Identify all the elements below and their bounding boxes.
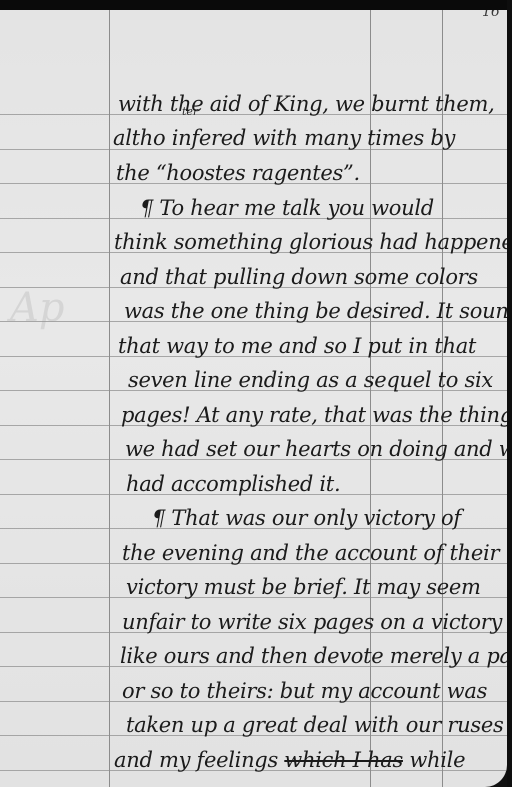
paragraph-line: ¶ To hear me talk you would [140, 198, 434, 219]
line-text: and my feelings [114, 748, 284, 772]
handwritten-line: the evening and the account of their [122, 543, 499, 564]
handwritten-line: pages! At any rate, that was the thing [121, 405, 507, 426]
handwritten-line: with the aid of King, we burnt them, [118, 94, 494, 115]
margin-bleed-through-mark: Ap [10, 285, 65, 331]
handwritten-line: was the one thing be desired. It sounded [124, 301, 507, 322]
scan-right-border [507, 0, 512, 787]
handwritten-line: seven line ending as a sequel to six [128, 370, 493, 391]
handwritten-line: unfair to write six pages on a victory [122, 612, 502, 633]
handwritten-line: we had set our hearts on doing and we [125, 439, 507, 460]
handwritten-line: altho infered with many times by [113, 128, 455, 149]
handwritten-line: had accomplished it. [126, 474, 340, 495]
handwritten-line: like ours and then devote merely a page [120, 646, 507, 667]
handwritten-line: victory must be brief. It may seem [126, 577, 481, 598]
handwritten-line-with-strikeout: and my feelings which I has while [114, 750, 465, 771]
handwritten-line: or so to theirs: but my account was [122, 681, 487, 702]
line-text: while [403, 748, 465, 772]
handwritten-line: think something glorious had happened [114, 232, 507, 253]
notebook-page: 16 Ap ter with the aid of King, we burnt… [0, 10, 507, 787]
handwritten-line: that way to me and so I put in that [118, 336, 476, 357]
page-number: 16 [482, 10, 500, 20]
struck-out-text: which I has [284, 748, 403, 772]
handwritten-line: taken up a great deal with our ruses [126, 715, 503, 736]
paragraph-line: ¶ That was our only victory of [152, 508, 461, 529]
vertical-rule [109, 10, 110, 787]
handwritten-line: the “hoostes ragentes”. [116, 163, 360, 184]
handwritten-line: and that pulling down some colors [120, 267, 478, 288]
